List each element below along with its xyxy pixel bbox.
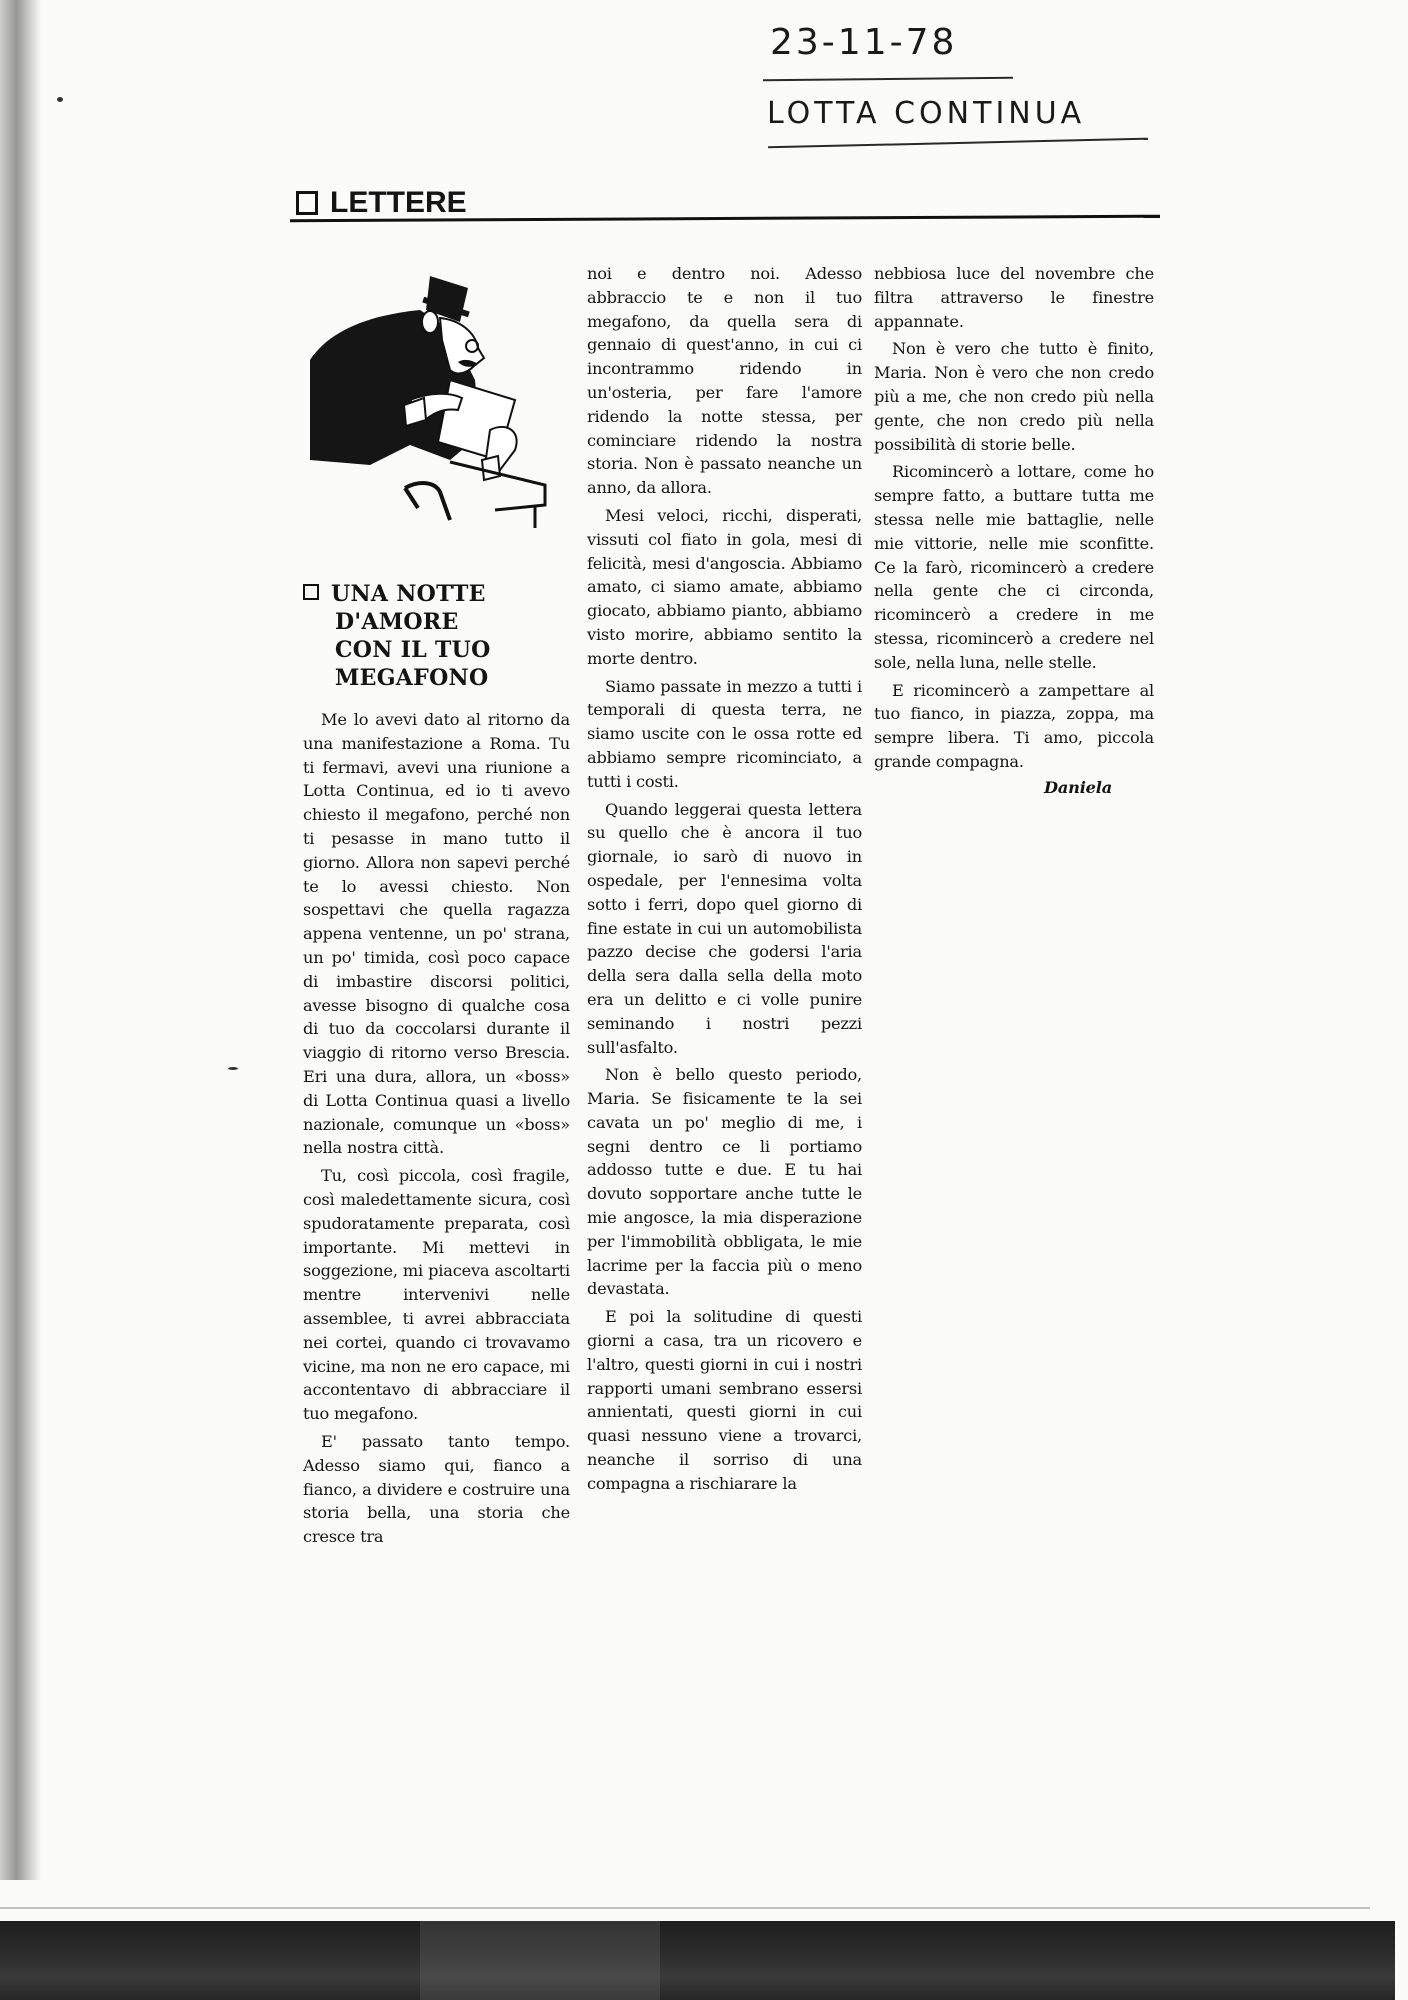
headline-line: CON IL TUO (303, 636, 573, 664)
article-column-2: noi e dentro noi. Adesso abbraccio te e … (587, 262, 862, 1500)
paragraph: Me lo avevi dato al ritorno da una manif… (303, 708, 570, 1160)
headline-line: MEGAFONO (303, 664, 573, 692)
headline-line: D'AMORE (303, 608, 573, 636)
paragraph: Siamo passate in mezzo a tutti i tempora… (587, 675, 862, 794)
handwritten-newspaper-name: LOTTA CONTINUA (767, 96, 1085, 131)
paragraph: Quando leggerai questa lettera su quello… (587, 798, 862, 1060)
scan-shadow-left (0, 0, 42, 1880)
paragraph: Ricomincerò a lottare, come ho sempre fa… (874, 460, 1154, 674)
checkbox-square-icon (303, 584, 319, 600)
paragraph: E' passato tanto tempo. Adesso siamo qui… (303, 1430, 570, 1549)
section-header: LETTERE (296, 186, 467, 220)
paragraph: Non è vero che tutto è finito, Maria. No… (874, 337, 1154, 456)
scan-artifact-line (0, 1907, 1370, 1909)
scan-speck (228, 1067, 238, 1070)
paragraph: Mesi veloci, ricchi, disperati, vissuti … (587, 504, 862, 671)
article-column-3: nebbiosa luce del novembre che filtra at… (874, 262, 1154, 800)
section-title: LETTERE (330, 186, 467, 220)
handwritten-underline (763, 77, 1013, 82)
scan-speck (57, 97, 63, 102)
handwritten-date: 23-11-78 (770, 22, 957, 63)
article-column-1: Me lo avevi dato al ritorno da una manif… (303, 708, 570, 1553)
article-headline: UNA NOTTE D'AMORE CON IL TUO MEGAFONO (303, 580, 573, 692)
paragraph: nebbiosa luce del novembre che filtra at… (874, 262, 1154, 333)
paragraph: E ricomincerò a zampettare al tuo fianco… (874, 679, 1154, 774)
scan-shadow-bottom (0, 1921, 1395, 2000)
paragraph: E poi la solitudine di questi giorni a c… (587, 1305, 862, 1495)
paragraph: noi e dentro noi. Adesso abbraccio te e … (587, 262, 862, 500)
letter-signature: Daniela (874, 776, 1154, 800)
reader-cartoon-illustration (300, 270, 560, 540)
paragraph: Non è bello questo periodo, Maria. Se fi… (587, 1063, 862, 1301)
checkbox-square-icon (296, 191, 318, 215)
paragraph: Tu, così piccola, così fragile, così mal… (303, 1164, 570, 1426)
handwritten-underline (768, 138, 1148, 149)
headline-line: UNA NOTTE (331, 581, 486, 607)
